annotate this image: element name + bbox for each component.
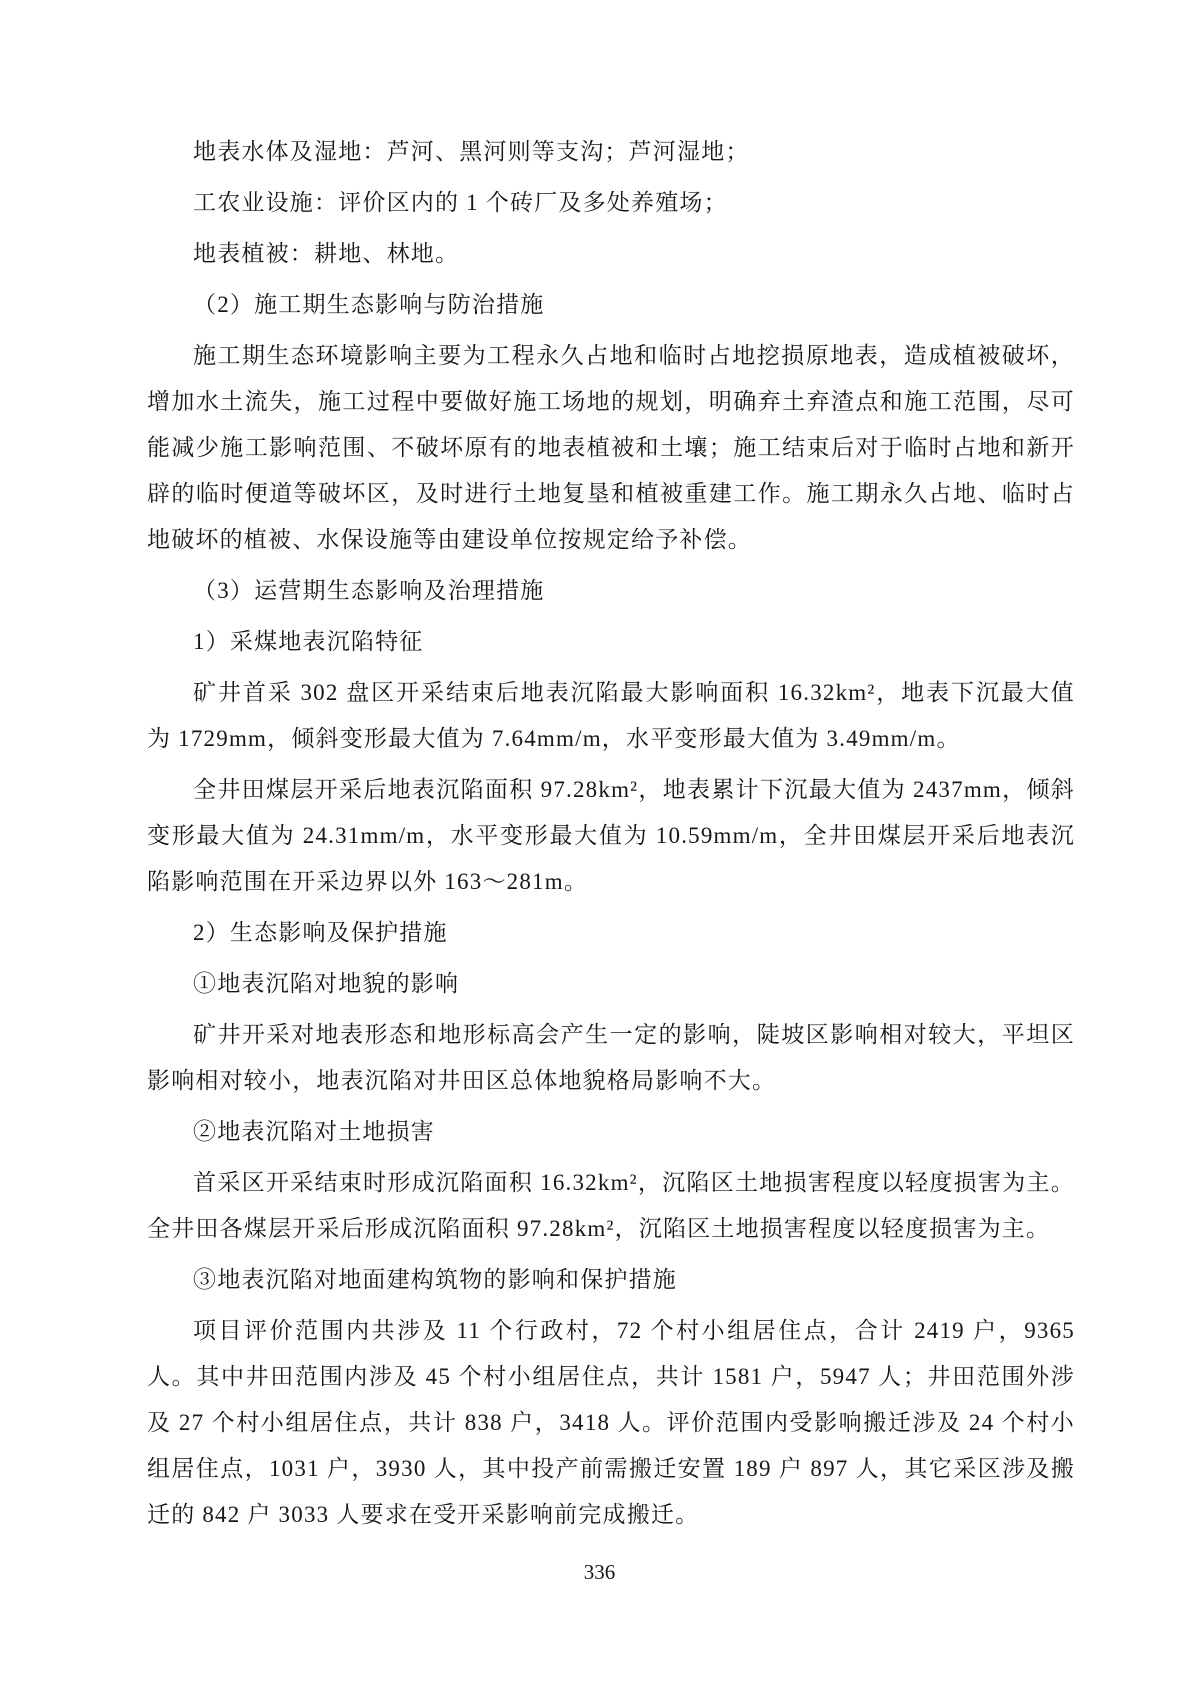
paragraph-whole-field-subsidence: 全井田煤层开采后地表沉陷面积 97.28km²，地表累计下沉最大值为 2437m…	[147, 767, 1075, 905]
paragraph-relocation-statistics: 项目评价范围内共涉及 11 个行政村，72 个村小组居住点，合计 2419 户，…	[147, 1308, 1075, 1538]
paragraph-first-mining-subsidence: 矿井首采 302 盘区开采结束后地表沉陷最大影响面积 16.32km²，地表下沉…	[147, 670, 1075, 762]
heading-construction-period-ecology: （2）施工期生态影响与防治措施	[147, 282, 1075, 328]
heading-subsidence-characteristics: 1）采煤地表沉陷特征	[147, 619, 1075, 665]
paragraph-construction-impact-measures: 施工期生态环境影响主要为工程永久占地和临时占地挖损原地表，造成植被破坏，增加水土…	[147, 333, 1075, 563]
heading-operation-period-ecology: （3）运营期生态影响及治理措施	[147, 568, 1075, 614]
paragraph-surface-water-wetland: 地表水体及湿地：芦河、黑河则等支沟；芦河湿地；	[147, 129, 1075, 175]
heading-subsidence-buildings-impact: ③地表沉陷对地面建构筑物的影响和保护措施	[147, 1257, 1075, 1303]
heading-subsidence-land-damage: ②地表沉陷对土地损害	[147, 1109, 1075, 1155]
paragraph-land-damage: 首采区开采结束时形成沉陷面积 16.32km²，沉陷区土地损害程度以轻度损害为主…	[147, 1160, 1075, 1252]
paragraph-industry-agriculture-facilities: 工农业设施：评价区内的 1 个砖厂及多处养殖场；	[147, 180, 1075, 226]
document-body: 地表水体及湿地：芦河、黑河则等支沟；芦河湿地； 工农业设施：评价区内的 1 个砖…	[147, 129, 1075, 1543]
paragraph-landform-impact: 矿井开采对地表形态和地形标高会产生一定的影响，陡坡区影响相对较大，平坦区影响相对…	[147, 1012, 1075, 1104]
heading-ecological-protection-measures: 2）生态影响及保护措施	[147, 910, 1075, 956]
paragraph-surface-vegetation: 地表植被：耕地、林地。	[147, 231, 1075, 277]
heading-subsidence-landform-impact: ①地表沉陷对地貌的影响	[147, 961, 1075, 1007]
page-number: 336	[0, 1560, 1199, 1585]
document-page: 地表水体及湿地：芦河、黑河则等支沟；芦河湿地； 工农业设施：评价区内的 1 个砖…	[0, 0, 1199, 1696]
